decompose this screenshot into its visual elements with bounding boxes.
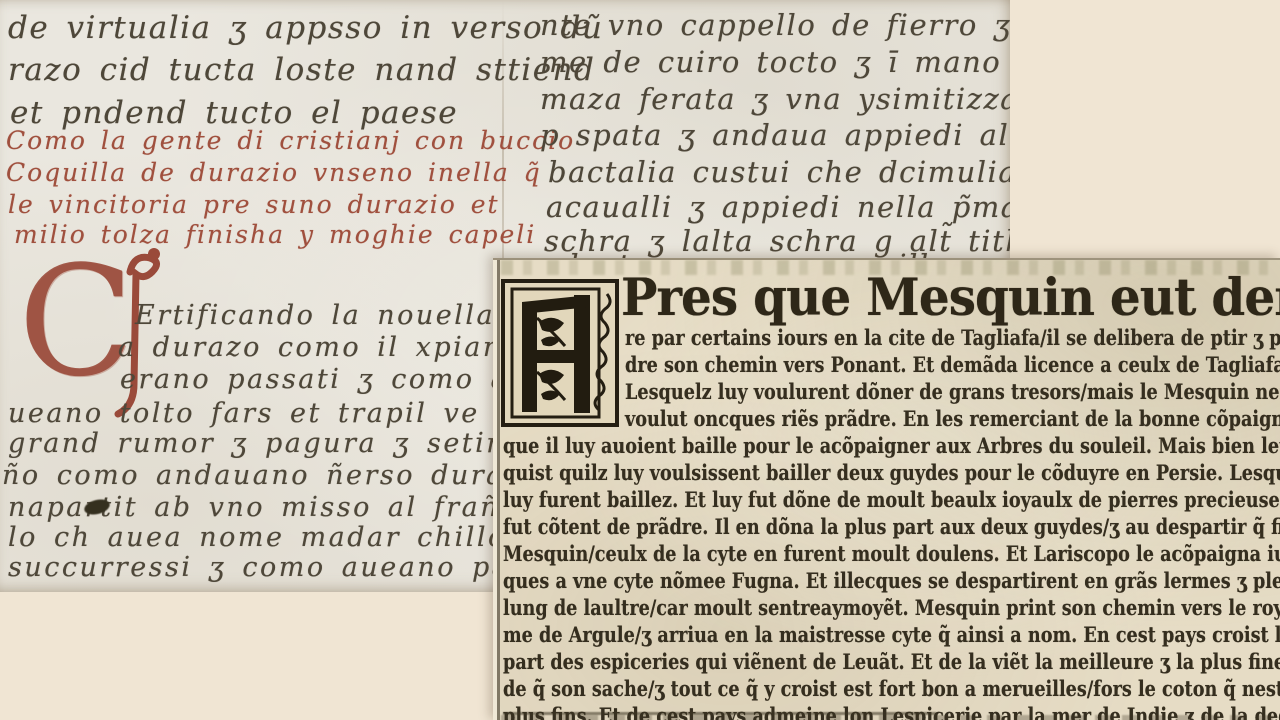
print-line: fut cõtent de prãdre. Il en dõna la plus… [503, 514, 1280, 539]
print-line: luy furent baillez. Et luy fut dõne de m… [503, 487, 1280, 512]
page-border-rule [497, 260, 500, 720]
manuscript-line: succurressi ʒ como aueano passa [8, 552, 562, 583]
manuscript-line: acaualli ʒ appiedi nella p̃ma [546, 190, 1010, 224]
manuscript-line: nte vno cappello de fierro ʒ ar [540, 8, 1010, 42]
rubric-line: Coquilla de durazio vnseno inella q̃ [6, 158, 542, 187]
manuscript-line: Ertificando la nouella [135, 300, 495, 331]
manuscript-line: a durazo como il xpiani [118, 332, 514, 363]
manuscript-line: bactalia custui che dcimulia [548, 155, 1010, 189]
headline: Pres que Mesquin eut demou= [621, 268, 1280, 328]
print-line: que il luy auoient baille pour le acõpai… [503, 433, 1280, 458]
manuscript-line: p spata ʒ andaua appiedi alla [540, 118, 1010, 152]
print-line: voulut oncques riẽs prãdre. En les remer… [625, 406, 1280, 431]
print-line: lung de laultre/car moult sentreaymoyẽt.… [503, 595, 1280, 620]
rubric-line: Como la gente di cristianj con buccio [6, 126, 575, 155]
manuscript-line: de virtualia ʒ appsso in verso dũ [8, 10, 603, 46]
collage-background: de virtualia ʒ appsso in verso dũ razo c… [0, 0, 1280, 720]
woodcut-initial-icon [501, 278, 621, 428]
manuscript-line: erano passati ʒ como a [120, 364, 509, 395]
manuscript-line: me de cuiro tocto ʒ ī mano vna [540, 45, 1010, 79]
manuscript-line: lo ch auea nome madar chillo [8, 522, 507, 553]
print-line: part des espiceries qui viẽnent de Leuãt… [503, 649, 1280, 674]
print-line: quist quilz luy voulsissent bailler deux… [503, 460, 1280, 485]
print-line: Mesquin/ceulx de la cyte en furent moult… [503, 541, 1280, 566]
manuscript-line: maza ferata ʒ vna ysimitizza [540, 82, 1010, 116]
printed-page: Pres que Mesquin eut demou= re par certa… [493, 258, 1280, 720]
rubric-line: le vincitoria pre suno durazio et [8, 190, 500, 219]
print-bottom-bleed [501, 715, 1280, 720]
print-line: ques a vne cyte nõmee Fugna. Et illecque… [503, 568, 1280, 593]
print-line: de q̃ son sache/ʒ tout ce q̃ y croist es… [503, 676, 1280, 701]
manuscript-line: grand rumor ʒ pagura ʒ setirese [8, 428, 555, 459]
print-line: dre son chemin vers Ponant. Et demãda li… [625, 352, 1280, 377]
print-line: me de Argule/ʒ arriua en la maistresse c… [503, 622, 1280, 647]
manuscript-line: ueano tolto fars et trapil ve fo [8, 398, 527, 429]
print-line: re par certains iours en la cite de Tagl… [625, 325, 1280, 350]
print-line: Lesquelz luy voulurent dõner de grans tr… [625, 379, 1280, 404]
manuscript-line: ño como andauano ñerso durazo [2, 460, 540, 491]
manuscript-line: razo cid tucta loste nand sttiend [8, 52, 595, 88]
